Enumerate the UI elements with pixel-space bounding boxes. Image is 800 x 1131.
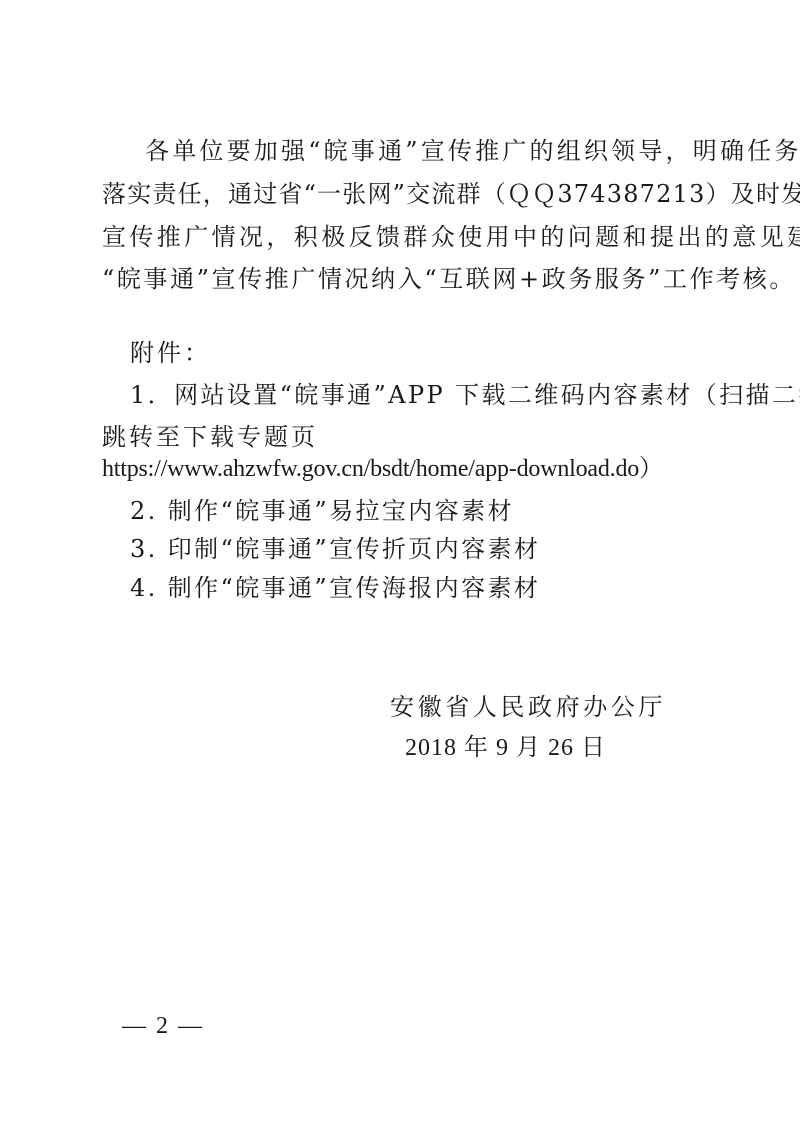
signature-organization: 安徽省人民政府办公厅: [390, 692, 666, 722]
attachment-2: 2. 制作“皖事通”易拉宝内容素材: [130, 496, 514, 526]
attachment-3: 3. 印制“皖事通”宣传折页内容素材: [130, 534, 540, 564]
paragraph-line-3: 宣传推广情况，积极反馈群众使用中的问题和提出的意见建议。: [102, 222, 800, 252]
paragraph-line-2: 落实责任，通过省“一张网”交流群（ＱＱ374387213）及时发布: [102, 179, 800, 209]
attachment-4: 4. 制作“皖事通”宣传海报内容素材: [130, 573, 540, 603]
attachment-1-url: https://www.ahzwfw.gov.cn/bsdt/home/app-…: [102, 454, 663, 484]
paragraph-line-4: “皖事通”宣传推广情况纳入“互联网+政务服务”工作考核。: [102, 264, 796, 294]
attachment-1-line-2: 跳转至下载专题页: [102, 422, 318, 452]
attachment-1-line-1: 1．网站设置“皖事通”APP 下载二维码内容素材（扫描二维码: [130, 380, 800, 410]
paragraph-line-1: 各单位要加强“皖事通”宣传推广的组织领导，明确任务，: [145, 136, 800, 166]
attachments-label: 附件：: [130, 338, 211, 368]
signature-date: 2018 年 9 月 26 日: [405, 733, 606, 763]
page-number: — 2 —: [122, 1011, 204, 1041]
